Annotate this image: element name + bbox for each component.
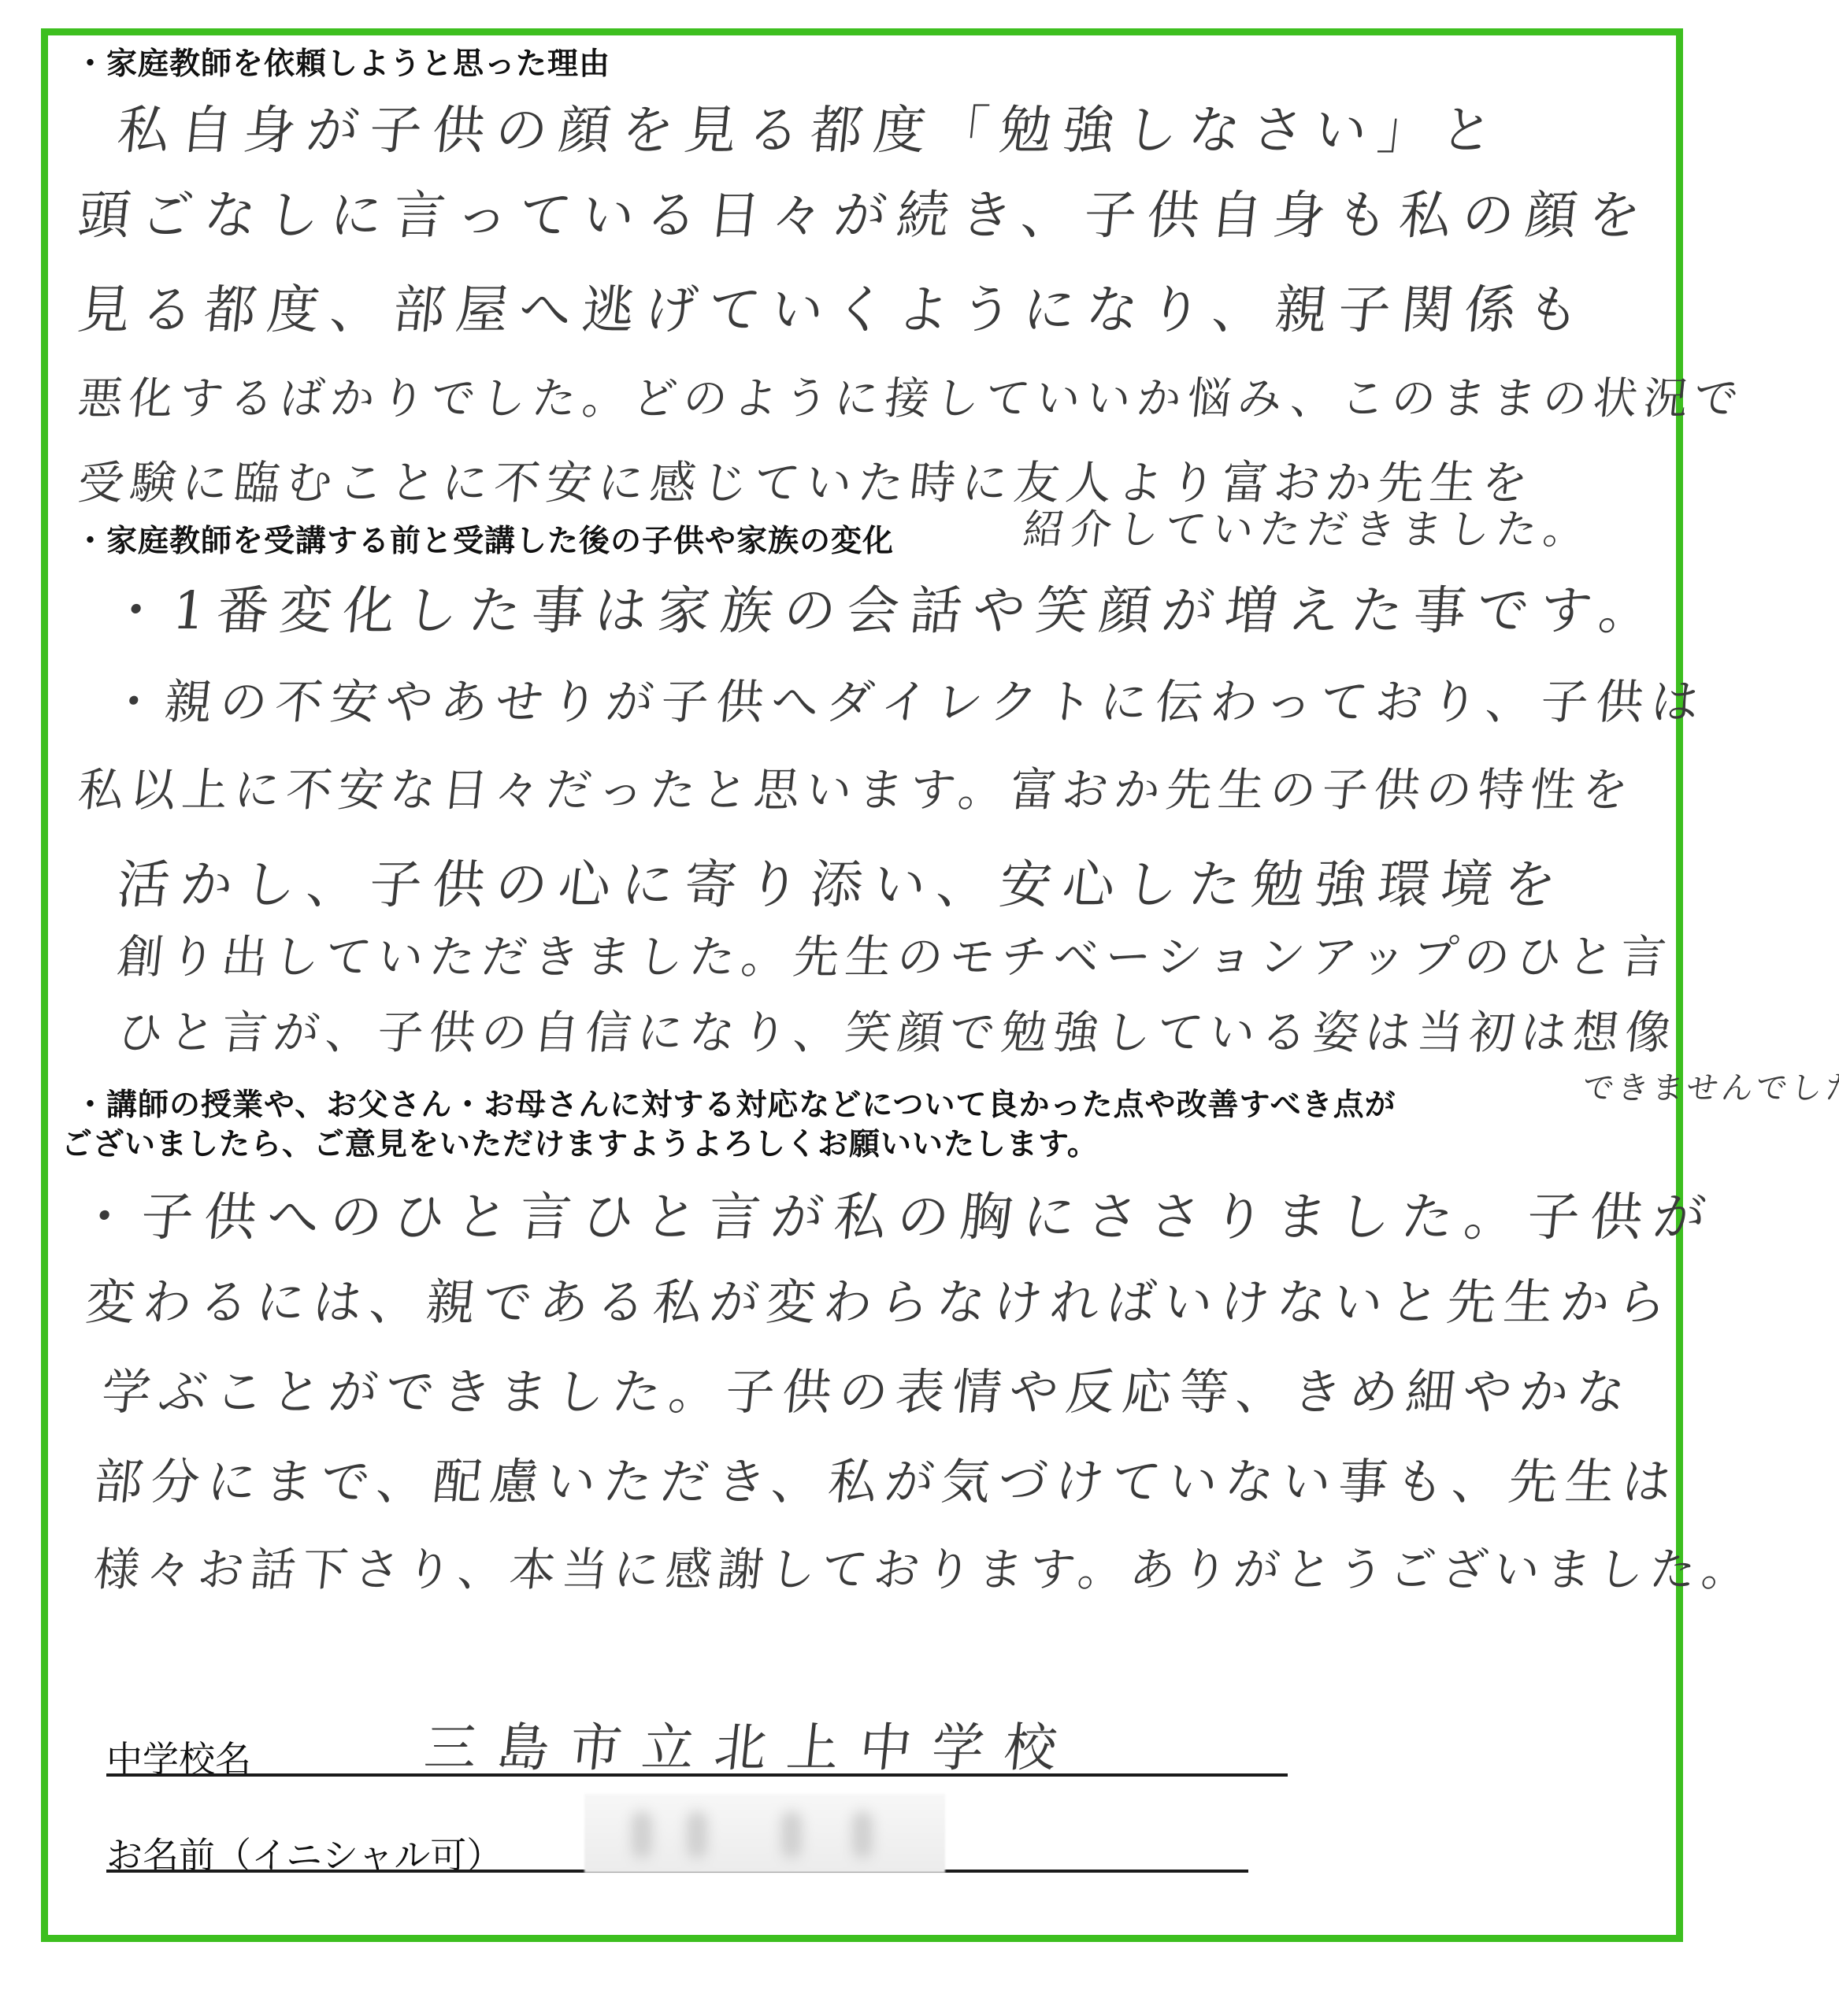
answer-line: 頭ごなしに言っている日々が続き、子供自身も私の顔を	[75, 173, 1655, 248]
section-heading-feedback-cont: ございましたら、ご意見をいただけますようよろしくお願いいたします。	[61, 1120, 1099, 1164]
school-value: 三島市立北上中学校	[421, 1706, 1081, 1781]
section-heading-feedback: ・講師の授業や、お父さん・お母さんに対する対応などについて良かった点や改善すべき…	[75, 1080, 1396, 1125]
answer-line: ・子供へのひと言ひと言が私の胸にささりました。子供が	[75, 1175, 1721, 1250]
answer-line: 部分にまで、配慮いただき、私が気づけていない事も、先生は	[91, 1443, 1683, 1513]
answer-line: ひと言が、子供の自信になり、笑顔で勉強している姿は当初は想像	[115, 995, 1681, 1062]
redaction-blur	[687, 1811, 707, 1858]
answer-line: 様々お話下さり、本当に感謝しております。ありがとうございました。	[91, 1532, 1758, 1599]
redaction-blur	[632, 1811, 652, 1858]
answer-line: 見る都度、部屋へ逃げていくようになり、親子関係も	[75, 268, 1595, 343]
answer-line: 学ぶことができました。子供の表情や反応等、きめ細やかな	[98, 1353, 1637, 1423]
answer-line: 悪化するばかりでした。どのように接していいか悩み、このままの状況で	[76, 364, 1748, 427]
answer-line: できませんでした。	[1581, 1063, 1839, 1108]
section-heading-reason: ・家庭教師を依頼しようと思った理由	[75, 39, 610, 83]
answer-line: 変わるには、親である私が変わらなければいけないと先生から	[83, 1263, 1678, 1333]
school-underline	[106, 1773, 1288, 1777]
answer-line: ・親の不安やあせりが子供へダイレクトに伝わっており、子供は	[106, 665, 1710, 732]
section-heading-change: ・家庭教師を受講する前と受講した後の子供や家族の変化	[75, 517, 894, 561]
redaction-blur	[781, 1811, 802, 1858]
answer-line: ・1番変化した事は家族の会話や笑顔が増えた事です。	[106, 569, 1667, 643]
answer-line: 私以上に不安な日々だったと思います。富おか先生の子供の特性を	[76, 753, 1638, 819]
redacted-name	[584, 1794, 945, 1873]
answer-line: 紹介していただきました。	[1021, 496, 1594, 555]
redaction-blur	[852, 1811, 873, 1858]
answer-line: 活かし、子供の心に寄り添い、安心した勉強環境を	[114, 843, 1571, 917]
answer-line: 私自身が子供の顔を見る都度「勉強しなさい」と	[114, 88, 1508, 163]
answer-line: 創り出していただきました。先生のモチベーションアップのひと言	[115, 920, 1676, 986]
